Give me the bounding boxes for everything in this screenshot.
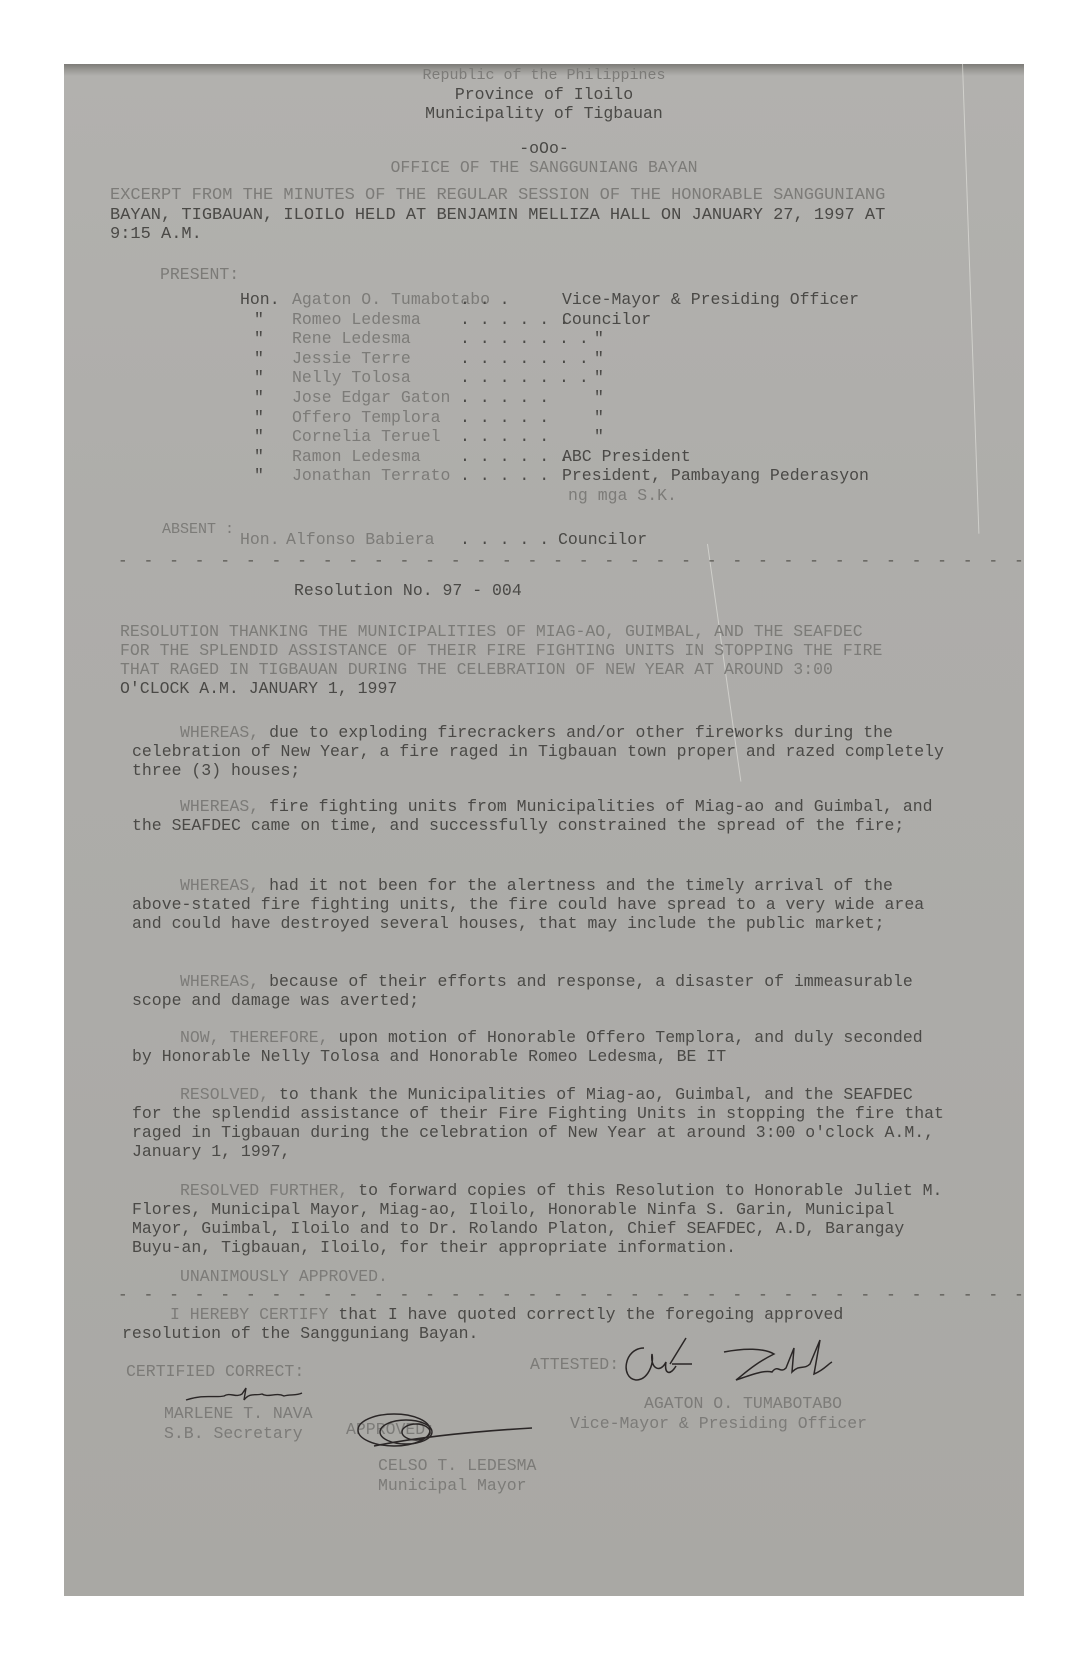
member-prefix: Hon. bbox=[240, 290, 280, 309]
whereas-lead: WHEREAS, bbox=[180, 723, 259, 742]
resolved-further: RESOLVED FURTHER, to forward copies of t… bbox=[132, 1181, 952, 1257]
vice-mayor-signature bbox=[614, 1334, 834, 1398]
excerpt-line-2: BAYAN, TIGBAUAN, ILOILO HELD AT BENJAMIN… bbox=[110, 206, 885, 225]
member-prefix: " bbox=[254, 427, 264, 446]
approval-status: UNANIMOUSLY APPROVED. bbox=[180, 1267, 388, 1286]
present-member-row: "Jose Edgar Gaton. . . . ." bbox=[64, 388, 1024, 408]
member-name: Jose Edgar Gaton bbox=[292, 388, 450, 407]
member-prefix: " bbox=[254, 408, 264, 427]
present-member-row: "Romeo Ledesma. . . . . .Councilor bbox=[64, 310, 1024, 330]
resolved: RESOLVED, to thank the Municipalities of… bbox=[132, 1085, 952, 1161]
member-dots: . . . . . bbox=[460, 427, 549, 446]
document-page: Republic of the Philippines Province of … bbox=[64, 64, 1024, 1596]
present-member-row: "Rene Ledesma. . . . . . ." bbox=[64, 329, 1024, 349]
header-separator: -oOo- bbox=[64, 139, 1024, 158]
member-prefix: " bbox=[254, 329, 264, 348]
member-dots: . . . . . . . bbox=[460, 329, 589, 348]
member-dots: . . . . . . . bbox=[460, 349, 589, 368]
whereas-2: WHEREAS, fire fighting units from Munici… bbox=[132, 797, 952, 835]
whereas-lead: WHEREAS, bbox=[180, 972, 259, 991]
member-prefix: Hon. bbox=[240, 530, 280, 549]
member-dots: . . . . . . . bbox=[460, 368, 589, 387]
member-prefix: " bbox=[254, 466, 264, 485]
whereas-lead: WHEREAS, bbox=[180, 876, 259, 895]
resolution-title-line-1: RESOLUTION THANKING THE MUNICIPALITIES O… bbox=[120, 622, 863, 641]
certification-lead: I HEREBY CERTIFY bbox=[170, 1305, 328, 1324]
resolved-further-lead: RESOLVED FURTHER, bbox=[180, 1181, 348, 1200]
header-province: Province of Iloilo bbox=[64, 85, 1024, 104]
present-member-row: "Jonathan Terrato. . . . .President, Pam… bbox=[64, 466, 1024, 486]
resolution-number: Resolution No. 97 - 004 bbox=[294, 581, 522, 600]
present-label: PRESENT: bbox=[160, 265, 239, 284]
member-name: Romeo Ledesma bbox=[292, 310, 421, 329]
member-role: " bbox=[594, 329, 604, 348]
attested-label: ATTESTED: bbox=[530, 1355, 619, 1374]
member-dots: . . . . . . bbox=[460, 310, 569, 329]
member-role: President, Pambayang Pederasyon bbox=[562, 466, 869, 485]
mayor-name: CELSO T. LEDESMA bbox=[378, 1456, 536, 1475]
excerpt-line-1: EXCERPT FROM THE MINUTES OF THE REGULAR … bbox=[110, 186, 885, 205]
present-member-row: Hon.Agaton O. Tumabotabo. . .Vice-Mayor … bbox=[64, 290, 1024, 310]
member-prefix: " bbox=[254, 349, 264, 368]
secretary-title: S.B. Secretary bbox=[164, 1424, 303, 1443]
certified-label: CERTIFIED CORRECT: bbox=[126, 1362, 304, 1381]
member-name: Ramon Ledesma bbox=[292, 447, 421, 466]
member-dots: . . . bbox=[460, 290, 510, 309]
member-dots: . . . . . bbox=[460, 466, 549, 485]
absent-label: ABSENT : bbox=[162, 520, 234, 539]
member-name: Rene Ledesma bbox=[292, 329, 411, 348]
divider: - - - - - - - - - - - - - - - - - - - - … bbox=[118, 552, 1024, 570]
whereas-4: WHEREAS, because of their efforts and re… bbox=[132, 972, 952, 1010]
member-name: Jessie Terre bbox=[292, 349, 411, 368]
member-dots: . . . . . bbox=[460, 530, 549, 549]
member-role: " bbox=[594, 388, 604, 407]
member-prefix: " bbox=[254, 368, 264, 387]
member-role: " bbox=[594, 408, 604, 427]
excerpt-line-3: 9:15 A.M. bbox=[110, 225, 202, 244]
member-role-line2: ng mga S.K. bbox=[568, 486, 677, 505]
member-dots: . . . . . . bbox=[460, 447, 569, 466]
present-member-row: "Jessie Terre. . . . . . ." bbox=[64, 349, 1024, 369]
member-role: " bbox=[594, 427, 604, 446]
resolution-title-line-4: O'CLOCK A.M. JANUARY 1, 1997 bbox=[120, 679, 397, 698]
resolution-title-line-2: FOR THE SPLENDID ASSISTANCE OF THEIR FIR… bbox=[120, 641, 882, 660]
member-role: Vice-Mayor & Presiding Officer bbox=[562, 290, 859, 309]
now-therefore-lead: NOW, THEREFORE, bbox=[180, 1028, 329, 1047]
member-role: Councilor bbox=[558, 530, 647, 549]
member-prefix: " bbox=[254, 310, 264, 329]
vice-mayor-name: AGATON O. TUMABOTABO bbox=[644, 1394, 842, 1413]
resolution-title-line-3: THAT RAGED IN TIGBAUAN DURING THE CELEBR… bbox=[120, 660, 833, 679]
secretary-name: MARLENE T. NAVA bbox=[164, 1404, 313, 1423]
header-republic: Republic of the Philippines bbox=[64, 66, 1024, 85]
whereas-1: WHEREAS, due to exploding firecrackers a… bbox=[132, 723, 952, 780]
resolved-lead: RESOLVED, bbox=[180, 1085, 269, 1104]
header-municipality: Municipality of Tigbauan bbox=[64, 104, 1024, 123]
member-name: Cornelia Teruel bbox=[292, 427, 441, 446]
vice-mayor-title: Vice-Mayor & Presiding Officer bbox=[570, 1414, 867, 1433]
member-role: " bbox=[594, 368, 604, 387]
mayor-signature bbox=[354, 1404, 534, 1456]
member-role: Councilor bbox=[562, 310, 651, 329]
mayor-title: Municipal Mayor bbox=[378, 1476, 527, 1495]
present-member-row: "Cornelia Teruel. . . . ." bbox=[64, 427, 1024, 447]
member-prefix: " bbox=[254, 388, 264, 407]
member-dots: . . . . . bbox=[460, 388, 549, 407]
member-name: Alfonso Babiera bbox=[286, 530, 435, 549]
now-therefore: NOW, THEREFORE, upon motion of Honorable… bbox=[132, 1028, 952, 1066]
present-member-row: "Nelly Tolosa. . . . . . ." bbox=[64, 368, 1024, 388]
member-name: Nelly Tolosa bbox=[292, 368, 411, 387]
member-role: ABC President bbox=[562, 447, 691, 466]
office-title: OFFICE OF THE SANGGUNIANG BAYAN bbox=[64, 158, 1024, 177]
member-role: " bbox=[594, 349, 604, 368]
member-name: Jonathan Terrato bbox=[292, 466, 450, 485]
whereas-3: WHEREAS, had it not been for the alertne… bbox=[132, 876, 952, 933]
member-prefix: " bbox=[254, 447, 264, 466]
divider: - - - - - - - - - - - - - - - - - - - - … bbox=[118, 1286, 1024, 1304]
member-name: Offero Templora bbox=[292, 408, 441, 427]
member-dots: . . . . . bbox=[460, 408, 549, 427]
present-member-row: "Ramon Ledesma. . . . . .ABC President bbox=[64, 447, 1024, 467]
whereas-lead: WHEREAS, bbox=[180, 797, 259, 816]
present-member-row: "Offero Templora. . . . ." bbox=[64, 408, 1024, 428]
